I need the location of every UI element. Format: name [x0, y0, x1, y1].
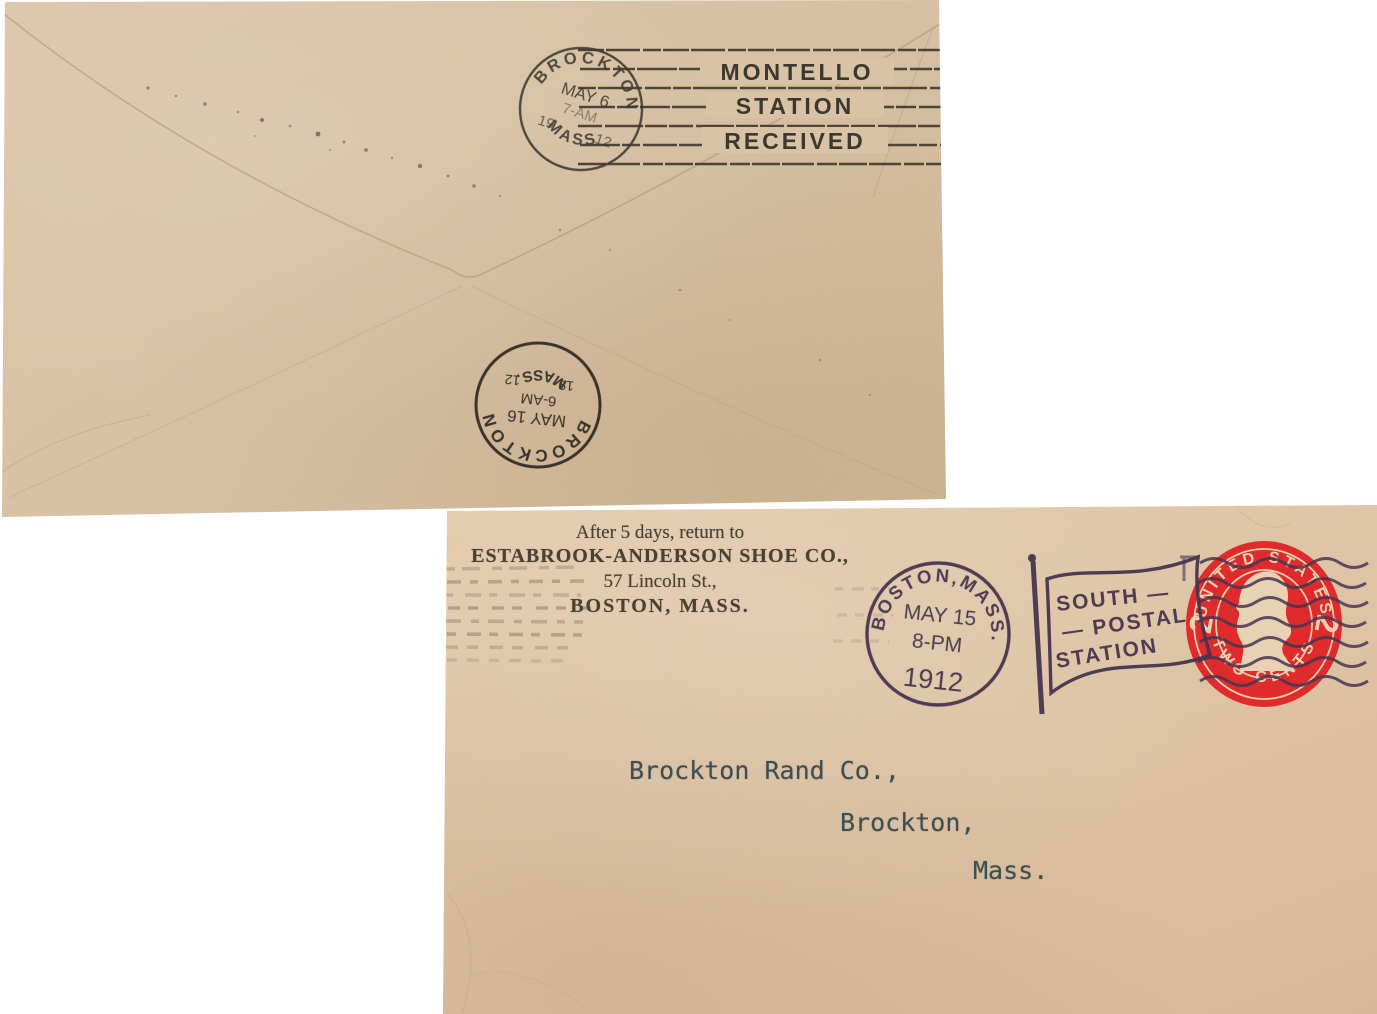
postmark-time: 8-PM — [911, 629, 963, 657]
address-line1: Brockton Rand Co., — [629, 756, 900, 785]
envelope-back: MONTELLO STATION RECEIVED BROCKTON MAY 6… — [0, 0, 946, 517]
postmark-boston: BOSTON,MASS. MAY 15 8-PM 1912 — [860, 556, 1017, 712]
cancel-word-received: RECEIVED — [724, 128, 866, 154]
cancel-word-station: STATION — [736, 93, 855, 119]
postmark-brockton-may16-inverted: BROCKTON MAY 16 6-AM 19 12 MASS. — [470, 337, 606, 473]
corner-card-line4: BOSTON, MASS. — [460, 594, 860, 618]
two-cent-stamp: UNITED STATES TWO CENTS 2 2 — [1182, 541, 1347, 707]
cancel-word-montello: MONTELLO — [720, 59, 873, 85]
envelope-back-art: MONTELLO STATION RECEIVED BROCKTON MAY 6… — [0, 0, 946, 517]
address-line2: Brockton, — [840, 808, 975, 837]
corner-card-line2: ESTABROOK-ANDERSON SHOE CO., — [460, 544, 860, 569]
postmark-date: MAY 16 — [506, 406, 567, 431]
envelope-flap-creases — [2, 14, 940, 497]
postmark-date: MAY 15 — [903, 600, 978, 630]
address-line3: Mass. — [973, 856, 1048, 885]
scanned-postal-covers: MONTELLO STATION RECEIVED BROCKTON MAY 6… — [0, 0, 1377, 1014]
corner-card-line3: 57 Lincoln St., — [460, 569, 860, 594]
flagpole — [1033, 561, 1042, 714]
flagpole-finial — [1028, 554, 1036, 562]
postmark-year: 1912 — [902, 662, 965, 698]
envelope-front: UNITED STATES TWO CENTS 2 2 — [443, 505, 1377, 1014]
corner-card-line1: After 5 days, return to — [460, 521, 860, 544]
corner-card: After 5 days, return to ESTABROOK-ANDERS… — [460, 521, 860, 618]
postmark-time: 6-AM — [520, 389, 557, 410]
